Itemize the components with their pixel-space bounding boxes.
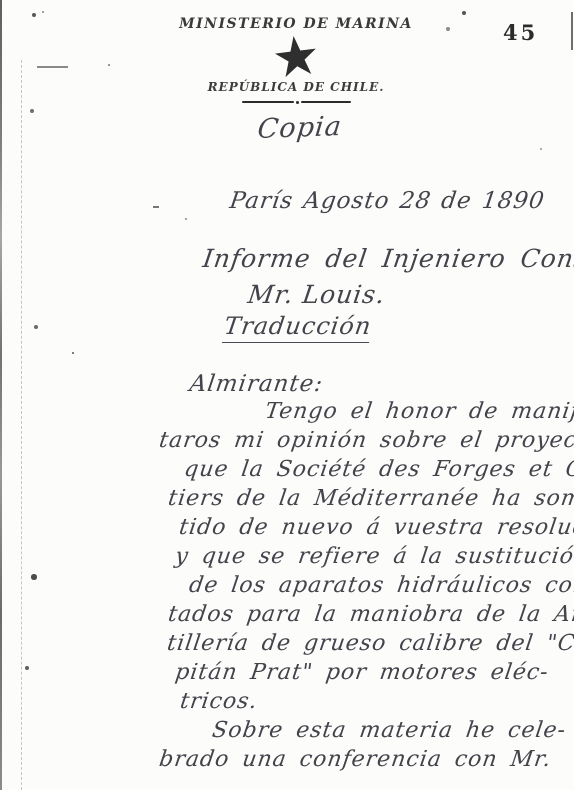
divider-segment-right: [301, 101, 351, 103]
copy-annotation: Copia: [256, 111, 344, 145]
ink-specks: [0, 0, 2, 2]
handwritten-line: tiers de la Méditerranée ha some-: [166, 486, 574, 515]
dateline: París Agosto 28 de 1890: [228, 188, 546, 214]
translation-label: Traducción: [222, 312, 373, 343]
ministry-title: MINISTERIO DE MARINA: [9, 16, 574, 32]
letterhead: MINISTERIO DE MARINA REPÚBLICA DE CHILE.: [9, 16, 574, 104]
margin-ink-dash: [153, 206, 159, 208]
divider-segment-left: [242, 101, 294, 103]
letterhead-divider: [241, 100, 351, 104]
chile-star-icon: [9, 35, 574, 79]
report-title-line-2: Mr. Louis.: [246, 280, 387, 309]
handwritten-line: taros mi opinión sobre el proyecto: [157, 428, 574, 457]
letter-body: Tengo el honor de manifes- taros mi opin…: [0, 399, 574, 776]
handwritten-line: pitán Prat" por motores eléc-: [173, 660, 574, 689]
handwritten-line: y que se refiere á la sustitución: [173, 544, 574, 573]
divider-dot: [296, 101, 299, 104]
republic-title: REPÚBLICA DE CHILE.: [9, 80, 574, 94]
handwritten-line: brado una conferencia con Mr.: [157, 747, 574, 776]
salutation: Almirante:: [188, 371, 325, 397]
handwritten-line: tricos.: [178, 689, 574, 718]
handwritten-line: tido de nuevo á vuestra resolución,: [177, 515, 574, 544]
handwritten-line: de los aparatos hidráulicos consul-: [187, 573, 574, 602]
page-number: 45: [503, 20, 538, 45]
handwritten-line: Sobre esta materia he cele-: [210, 718, 574, 747]
handwritten-line: tados para la maniobra de la Ar-: [166, 602, 574, 631]
handwritten-line: Tengo el honor de manifes-: [263, 399, 574, 428]
scanned-letter-page: MINISTERIO DE MARINA REPÚBLICA DE CHILE.…: [0, 0, 574, 790]
handwritten-line: tillería de grueso calibre del "Ca-: [165, 631, 574, 660]
handwritten-line: que la Société des Forges et Chan-: [182, 457, 574, 486]
report-title-line-1: Informe del Injeniero Consultor: [201, 244, 574, 273]
